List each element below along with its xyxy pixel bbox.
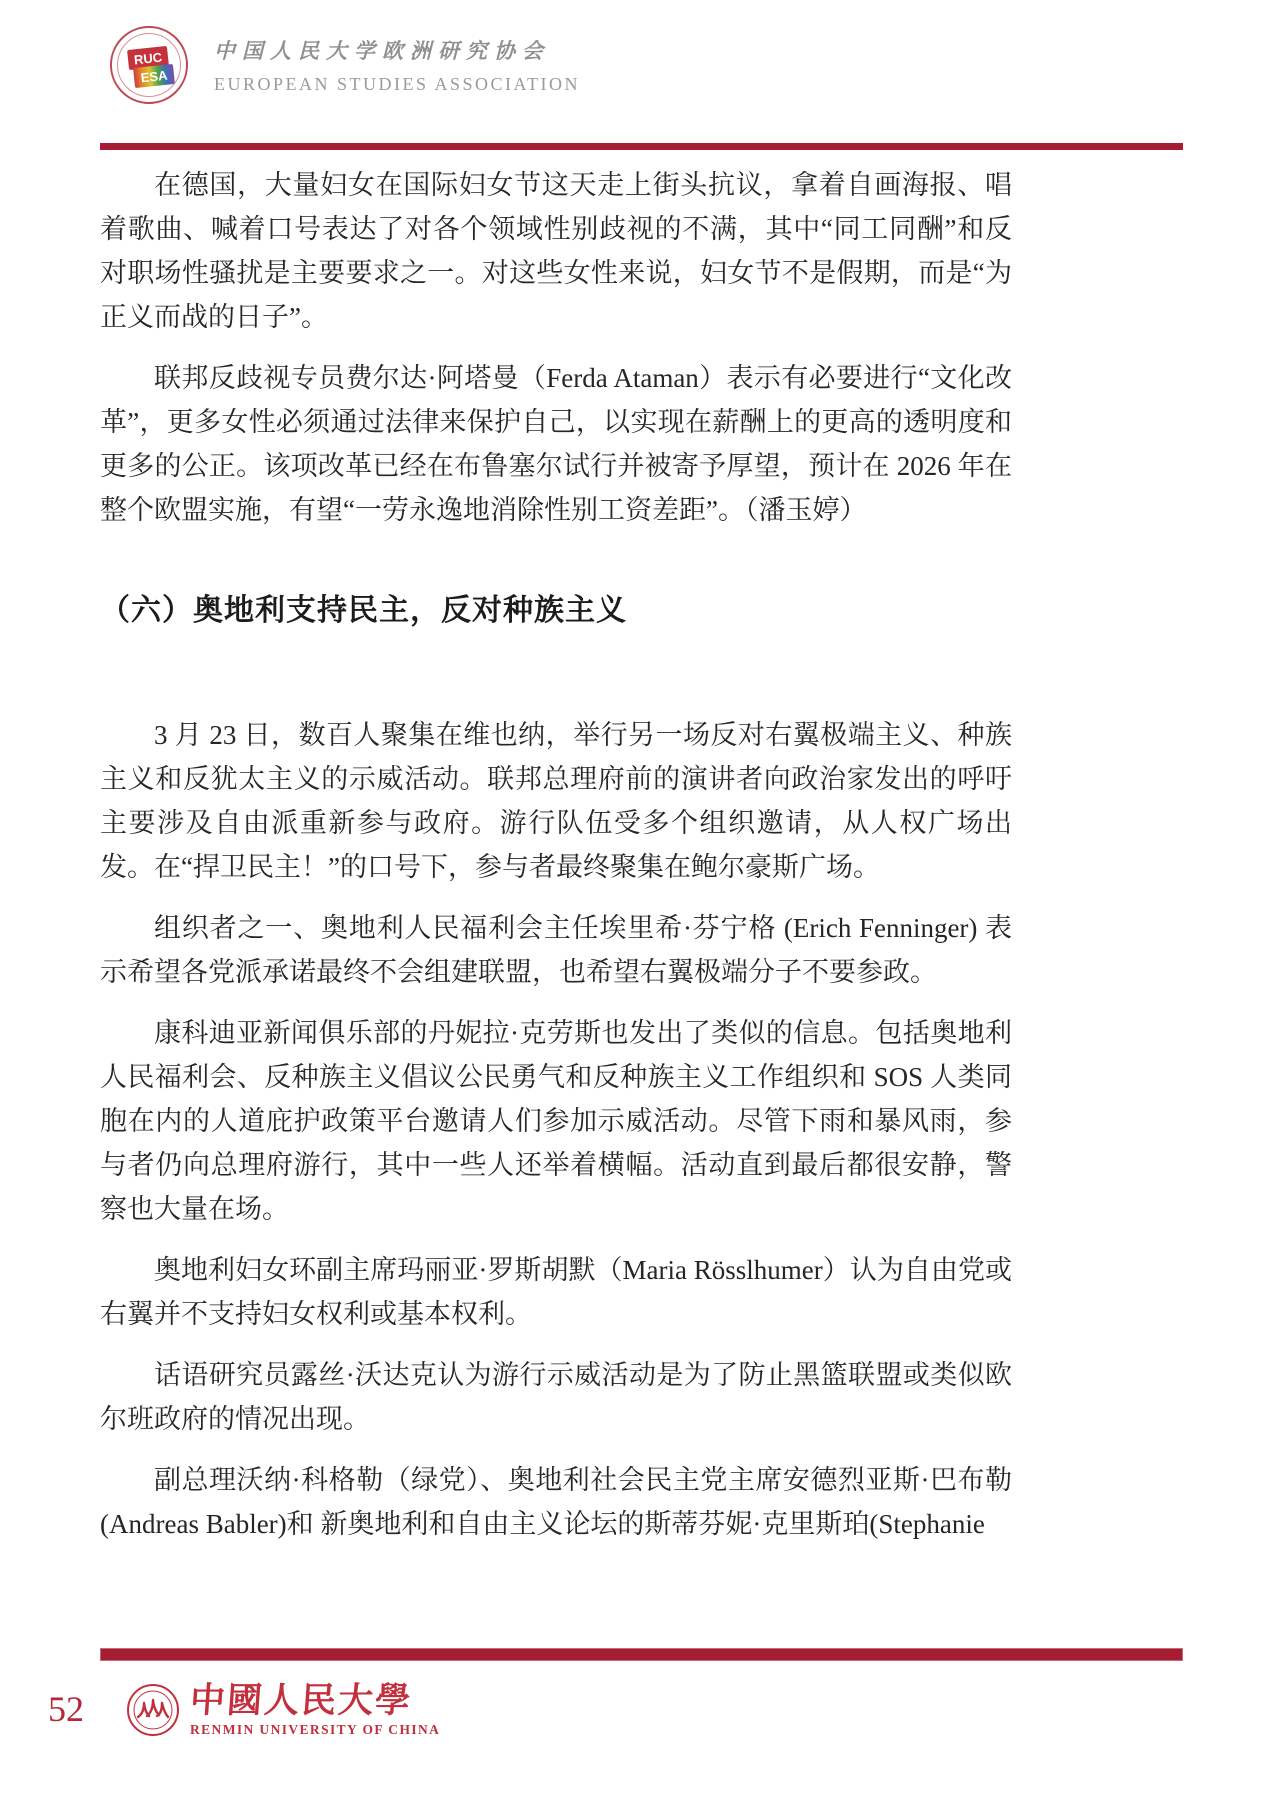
ruc-seal-icon [126,1683,180,1737]
paragraph-kogler-babler: 副总理沃纳·科格勒（绿党）、奥地利社会民主党主席安德烈亚斯·巴布勒(Andrea… [100,1458,1012,1546]
seal-esa-label: ESA [133,64,175,88]
org-name-chinese: 中国人民大学欧洲研究协会 [214,35,580,65]
paragraph-vienna-rally: 3 月 23 日，数百人聚集在维也纳，举行另一场反对右翼极端主义、种族主义和反犹… [100,713,1012,889]
paragraph-erich-fenninger: 组织者之一、奥地利人民福利会主任埃里希·芬宁格 (Erich Fenninger… [100,906,1012,994]
paragraph-ruth-wodak: 话语研究员露丝·沃达克认为游行示威活动是为了防止黑篮联盟或类似欧尔班政府的情况出… [100,1353,1012,1441]
paragraph-maria-rosslhumer: 奥地利妇女环副主席玛丽亚·罗斯胡默（Maria Rösslhumer）认为自由党… [100,1248,1012,1336]
university-name-english: RENMIN UNIVERSITY OF CHINA [190,1722,440,1738]
section-heading: （六）奥地利支持民主，反对种族主义 [100,589,1012,633]
footer-divider-bar [100,1648,1183,1661]
page-footer: 52 中國人民大學 RENMIN UNIVERSITY OF CHINA [48,1683,440,1738]
university-logo: 中國人民大學 RENMIN UNIVERSITY OF CHINA [126,1683,440,1738]
document-body: 在德国，大量妇女在国际妇女节这天走上街头抗议，拿着自画海报、唱着歌曲、喊着口号表… [100,163,1012,1563]
university-name-chinese: 中國人民大學 [189,1683,442,1719]
paragraph-germany-protest: 在德国，大量妇女在国际妇女节这天走上街头抗议，拿着自画海报、唱着歌曲、喊着口号表… [100,163,1012,339]
document-page: RUC ESA 中国人民大学欧洲研究协会 EUROPEAN STUDIES AS… [0,0,1280,1810]
org-name-english: EUROPEAN STUDIES ASSOCIATION [214,74,580,95]
paragraph-ferda-ataman: 联邦反歧视专员费尔达·阿塔曼（Ferda Ataman）表示有必要进行“文化改革… [100,356,1012,532]
esa-seal-logo: RUC ESA [110,26,188,104]
header-org-names: 中国人民大学欧洲研究协会 EUROPEAN STUDIES ASSOCIATIO… [214,35,580,95]
paragraph-concordia: 康科迪亚新闻俱乐部的丹妮拉·克劳斯也发出了类似的信息。包括奥地利人民福利会、反种… [100,1011,1012,1231]
university-names: 中國人民大學 RENMIN UNIVERSITY OF CHINA [190,1683,440,1738]
page-header: RUC ESA 中国人民大学欧洲研究协会 EUROPEAN STUDIES AS… [110,26,580,104]
page-number: 52 [48,1683,84,1735]
header-divider-bar [100,143,1183,150]
